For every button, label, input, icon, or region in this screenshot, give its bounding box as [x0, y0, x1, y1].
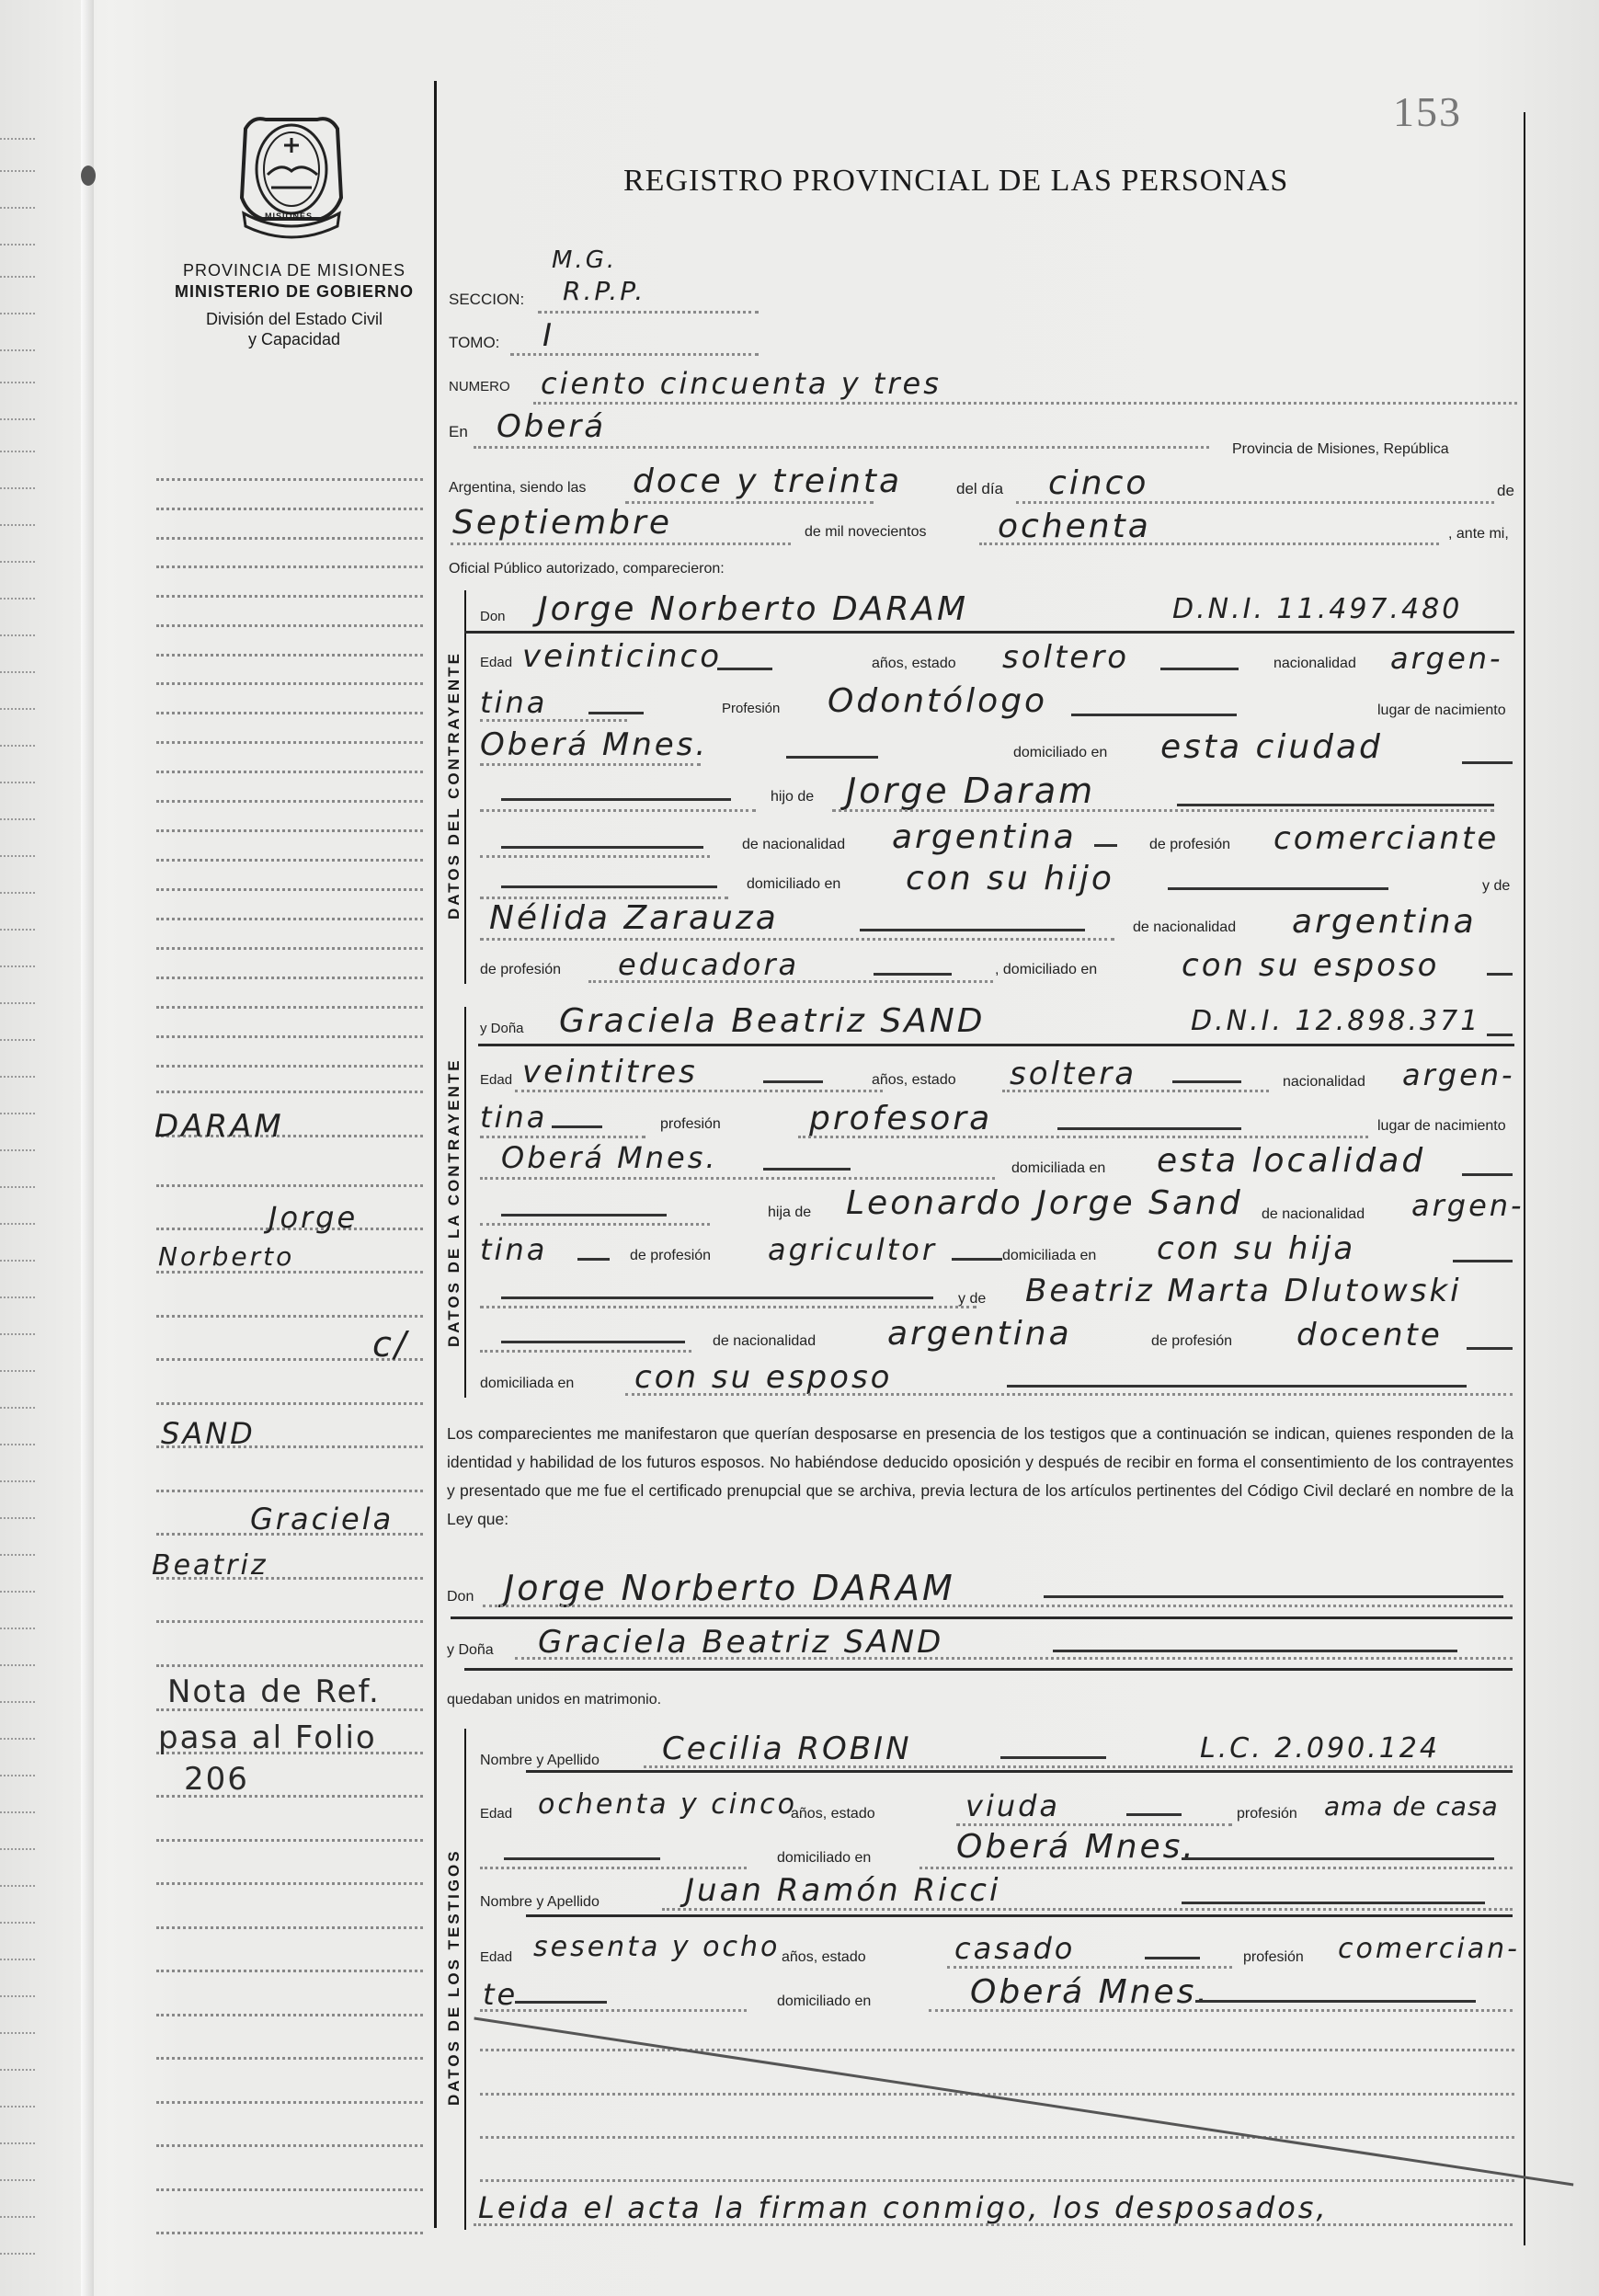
margin-ref-note-3: 206 [184, 1761, 249, 1798]
margin-note-beatriz: Beatriz [152, 1549, 268, 1582]
margin-ref-note-1: Nota de Ref. [167, 1673, 381, 1710]
margin-ref-note-2: pasa al Folio [158, 1719, 377, 1756]
margin-note-con: c/ [372, 1324, 409, 1365]
witness-closing-note: Leida el acta la firman conmigo, los des… [478, 2190, 1329, 2225]
margin-note-jorge: Jorge [268, 1200, 358, 1235]
document-page: MISIONES PROVINCIA DE MISIONES MINISTERI… [0, 0, 1599, 2296]
margin-note-surname-groom: DARAM [154, 1108, 284, 1145]
margin-note-graciela: Graciela [250, 1502, 394, 1536]
cancel-strike-line [0, 0, 1599, 2296]
margin-note-surname-bride: SAND [161, 1416, 256, 1451]
margin-note-norberto: Norberto [158, 1241, 294, 1272]
